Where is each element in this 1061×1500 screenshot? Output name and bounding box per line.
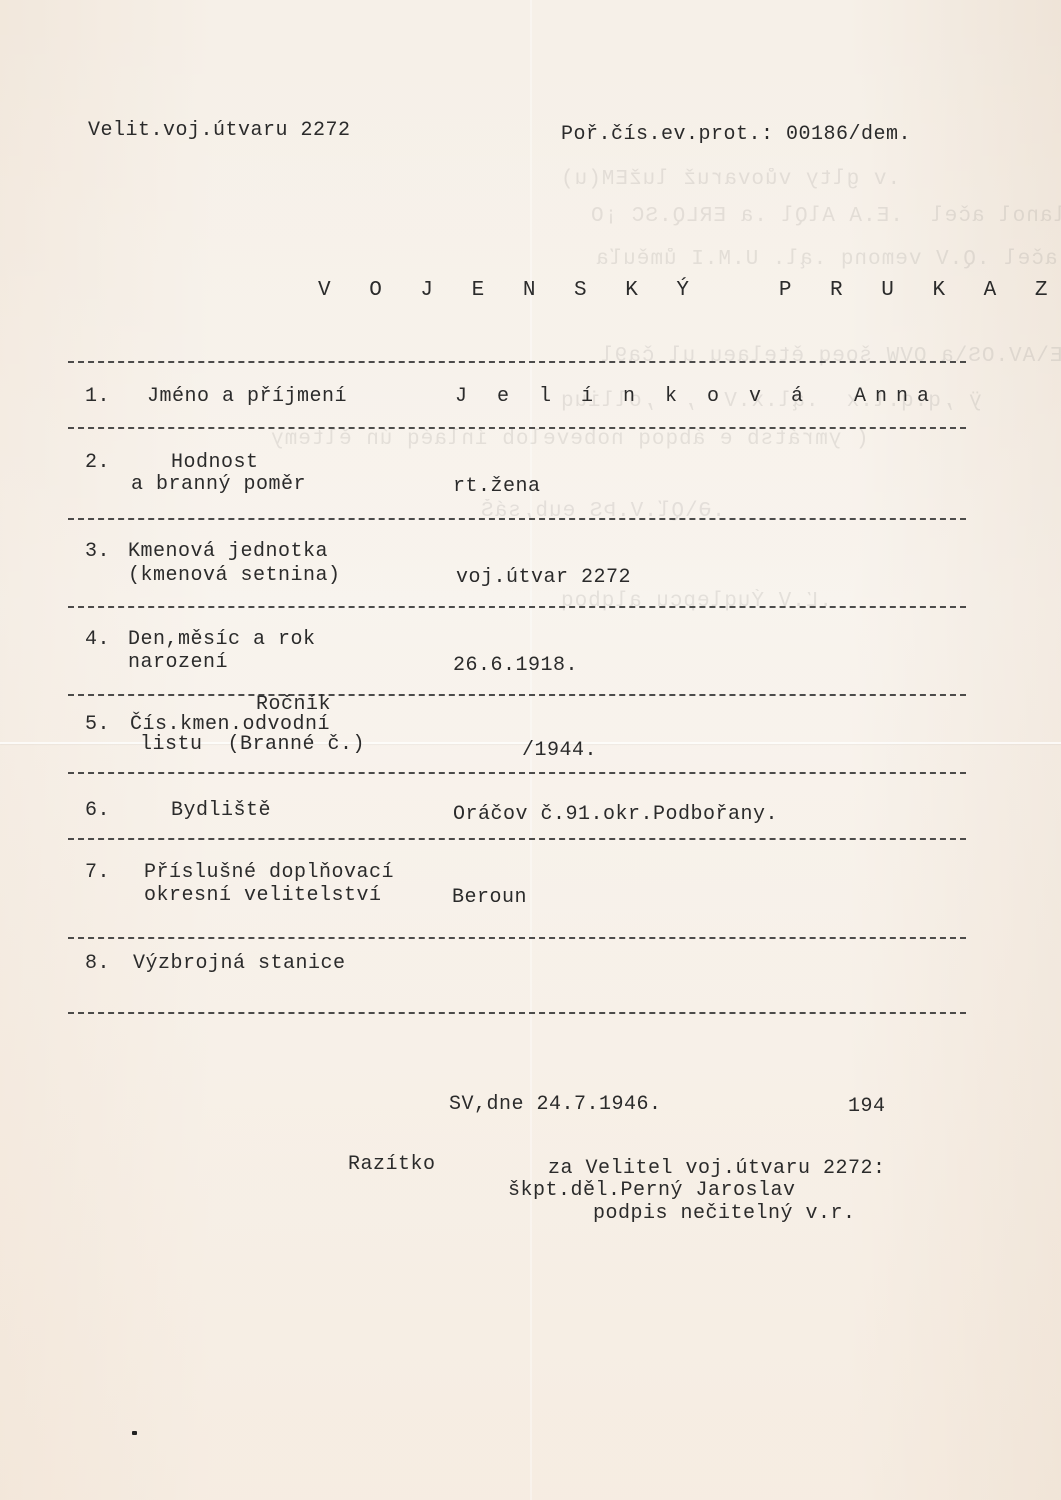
field-label: Hodnost: [171, 451, 259, 474]
divider-line: [68, 937, 966, 939]
field-label: Příslušné doplňovací: [144, 861, 394, 884]
signature-note: podpis nečitelný v.r.: [593, 1202, 856, 1225]
signature-name: škpt.děl.Perný Jaroslav: [508, 1179, 796, 1202]
field-number: 5.: [85, 713, 110, 736]
divider-line: [68, 838, 966, 840]
field-label: (kmenová setnina): [128, 564, 341, 587]
ink-speck: [132, 1431, 137, 1435]
field-label: Bydliště: [171, 799, 271, 822]
place-and-date: SV,dne 24.7.1946.: [449, 1093, 662, 1116]
divider-line: [68, 772, 966, 774]
field-value: voj.útvar 2272: [456, 566, 631, 589]
field-number: 7.: [85, 861, 110, 884]
bleed-through-text: ał.V.JE ob ačel .Q.V vemonq .ąl. U.M.I ů…: [595, 248, 1061, 271]
signature-line: za Velitel voj.útvaru 2272:: [548, 1157, 886, 1180]
bleed-through-text: .v glty vůovaruž lužEM(u): [560, 168, 900, 191]
field-value: /1944.: [522, 739, 597, 762]
issuing-unit: Velit.voj.útvaru 2272: [88, 119, 351, 142]
field-label: Jméno a příjmení: [147, 385, 347, 408]
divider-line: [68, 518, 966, 520]
field-label: Kmenová jednotka: [128, 540, 328, 563]
bleed-through-text: E\AV.OS\a OVW šoeq ětelaeu ul ča9l: [600, 345, 1061, 368]
field-value: rt.žena: [453, 475, 541, 498]
bleed-through-text: ( ymrátsb e ábqoq nobevelob ínlaéq ún ěl…: [270, 428, 869, 451]
field-label: a branný poměr: [131, 473, 306, 496]
field-number: 8.: [85, 952, 110, 975]
divider-line: [68, 427, 966, 429]
field-value: Oráčov č.91.okr.Podbořany.: [453, 803, 778, 826]
bleed-through-text: .ov lanol ačel .E.A AlQl .a ERLQ.SC ¡O: [590, 205, 1061, 228]
field-number: 1.: [85, 385, 110, 408]
field-value: J e l í n k o v á Anna: [455, 385, 938, 408]
field-label: okresní velitelství: [144, 884, 382, 907]
reference-number: Poř.čís.ev.prot.: 00186/dem.: [561, 123, 911, 146]
page-title: V O J E N S K Ý P R U K A Z.: [318, 279, 1061, 302]
field-value: 26.6.1918.: [453, 654, 578, 677]
field-label: narození: [128, 651, 228, 674]
field-number: 4.: [85, 628, 110, 651]
field-value: Beroun: [452, 886, 527, 909]
field-number: 3.: [85, 540, 110, 563]
divider-line: [68, 361, 966, 363]
year-prefix: 194: [848, 1095, 886, 1118]
bleed-through-text: .Ľ.V Ýuqlepcu alqboq: [560, 590, 832, 613]
field-label: Výzbrojná stanice: [133, 952, 346, 975]
field-number: 6.: [85, 799, 110, 822]
divider-line: [68, 606, 966, 608]
field-label: Den,měsíc a rok: [128, 628, 316, 651]
field-label: listu (Branné č.): [140, 733, 365, 756]
divider-line: [68, 694, 966, 696]
stamp-label: Razítko: [348, 1153, 436, 1176]
divider-line: [68, 1012, 966, 1014]
field-number: 2.: [85, 451, 110, 474]
